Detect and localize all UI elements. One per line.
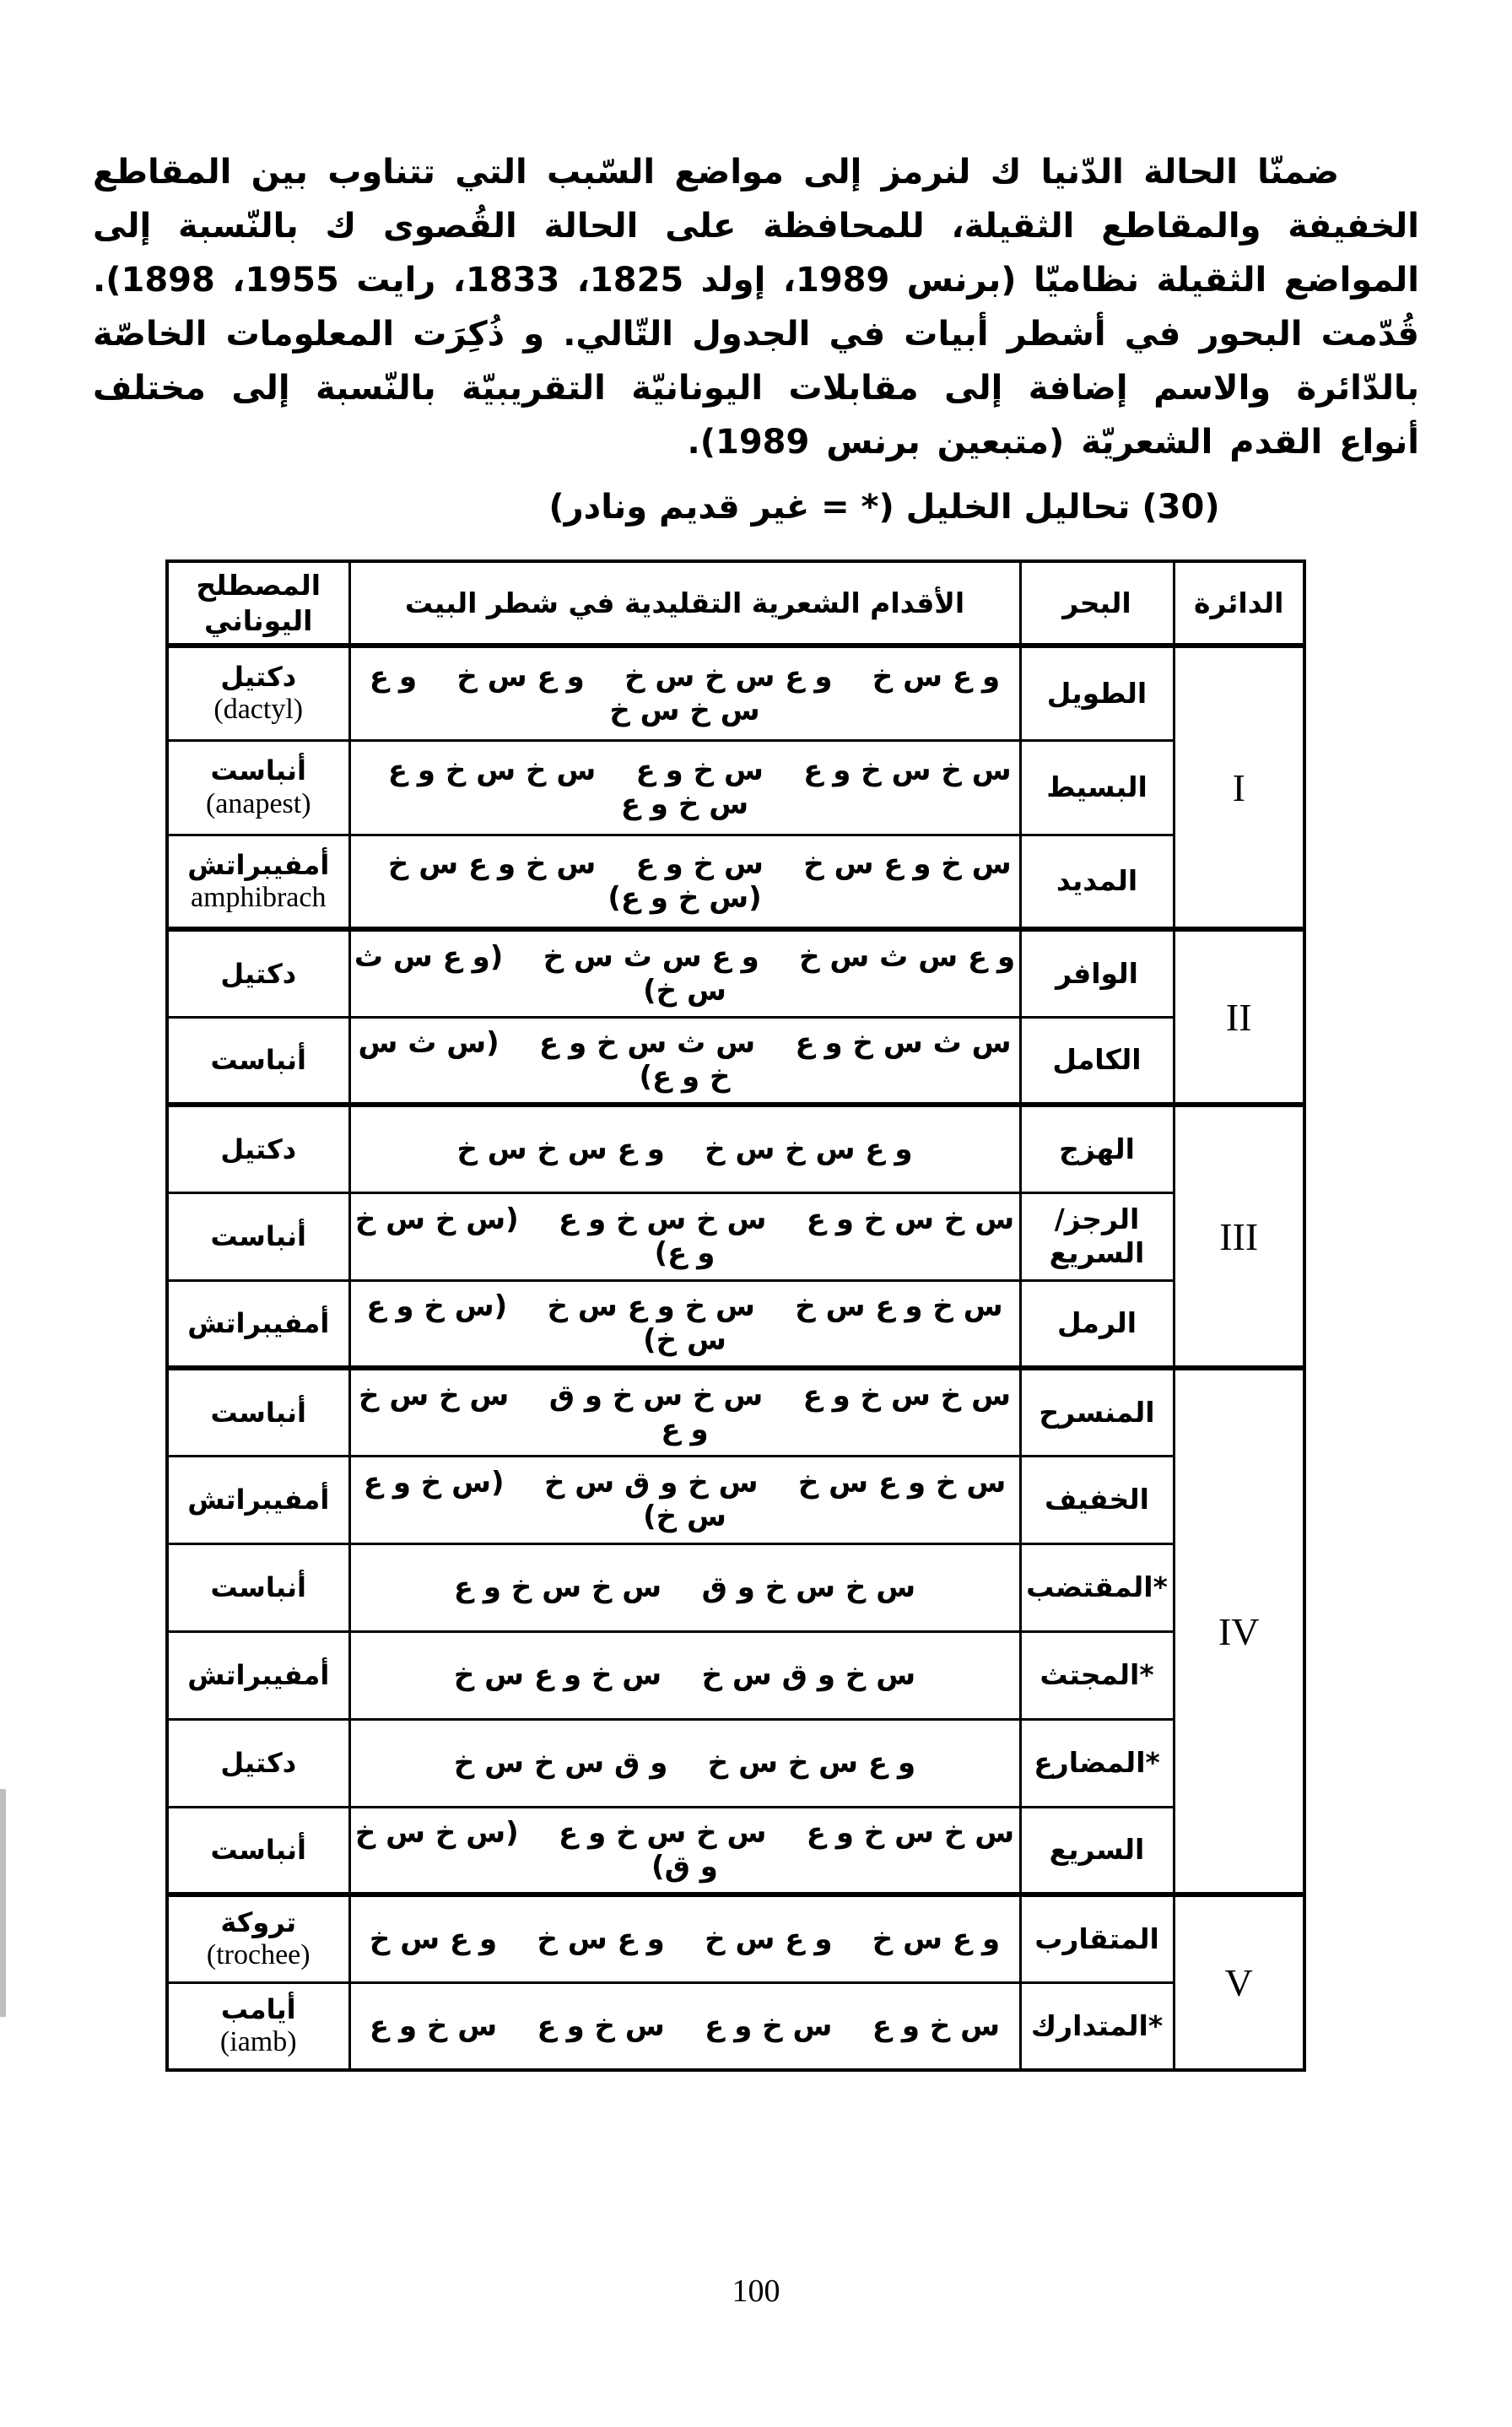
table-row: IV المنسرح س خ س خ و ع س خ س خ و ق س خ س… bbox=[167, 1368, 1304, 1456]
greek-arabic-label: أمفيبراتش bbox=[172, 849, 345, 881]
circle-cell: II bbox=[1174, 929, 1304, 1105]
intro-paragraph: ضمنّا الحالة الدّنيا ك لنرمز إلى مواضع ا… bbox=[93, 145, 1419, 469]
greek-latin-label: (iamb) bbox=[172, 2025, 345, 2058]
feet-cell: و ع س خ و ع س خ و ع س خ و ع س خ bbox=[349, 1895, 1020, 1982]
greek-latin-label: (dactyl) bbox=[172, 693, 345, 726]
greek-arabic-label: أنباست bbox=[172, 1220, 345, 1252]
meter-cell: السريع bbox=[1020, 1807, 1174, 1895]
page-number: 100 bbox=[0, 2273, 1512, 2310]
table-caption: (30) تحاليل الخليل (* = غير قديم ونادر) bbox=[128, 488, 1512, 527]
greek-term-cell: أنباست bbox=[167, 1368, 349, 1456]
feet-cell: س خ و ق س خ س خ و ع س خ bbox=[349, 1631, 1020, 1719]
feet-cell: س خ و ع س خ س خ و ع س خ و ع س خ (س خ و ع… bbox=[349, 835, 1020, 929]
header-circle: الدائرة bbox=[1174, 561, 1304, 646]
greek-arabic-label: أمفيبراتش bbox=[172, 1659, 345, 1691]
greek-latin-label: (trochee) bbox=[172, 1938, 345, 1971]
table-row: III الهزج و ع س خ س خ و ع س خ س خ دكتيل bbox=[167, 1105, 1304, 1192]
greek-term-cell: دكتيل bbox=[167, 1719, 349, 1807]
table-row: الكامل س ث س خ و ع س ث س خ و ع (س ث س خ … bbox=[167, 1017, 1304, 1105]
feet-cell: و ع س خ س خ و ق س خ س خ bbox=[349, 1719, 1020, 1807]
greek-arabic-label: أنباست bbox=[172, 1044, 345, 1076]
greek-term-cell: أمفيبراتش bbox=[167, 1631, 349, 1719]
meter-cell: الرمل bbox=[1020, 1280, 1174, 1368]
greek-term-cell: أمفيبراتش bbox=[167, 1280, 349, 1368]
circle-cell: V bbox=[1174, 1895, 1304, 2070]
feet-cell: س خ و ع س خ س خ و ع س خ (س خ و ع س خ) bbox=[349, 1280, 1020, 1368]
greek-term-cell: أنباست bbox=[167, 1543, 349, 1631]
header-greek: المصطلح اليوناني bbox=[167, 561, 349, 646]
greek-latin-label: (anapest) bbox=[172, 787, 345, 820]
meter-cell: الطويل bbox=[1020, 646, 1174, 740]
greek-term-cell: أنباست bbox=[167, 1807, 349, 1895]
feet-cell: س خ س خ و ع س خ و ع س خ س خ و ع س خ و ع bbox=[349, 740, 1020, 835]
greek-arabic-label: أنباست bbox=[172, 1571, 345, 1603]
greek-term-cell: أنباست bbox=[167, 1192, 349, 1280]
greek-arabic-label: أيامب bbox=[172, 1993, 345, 2025]
meter-cell: *المجتث bbox=[1020, 1631, 1174, 1719]
table-row: الرمل س خ و ع س خ س خ و ع س خ (س خ و ع س… bbox=[167, 1280, 1304, 1368]
table-header-row: الدائرة البحر الأقدام الشعرية التقليدية … bbox=[167, 561, 1304, 646]
greek-arabic-label: تروكة bbox=[172, 1906, 345, 1938]
table-row: I الطويل و ع س خ و ع س خ س خ و ع س خ و ع… bbox=[167, 646, 1304, 740]
greek-arabic-label: أنباست bbox=[172, 1397, 345, 1429]
meter-cell: المديد bbox=[1020, 835, 1174, 929]
meter-cell: الكامل bbox=[1020, 1017, 1174, 1105]
greek-term-cell: دكتيل (dactyl) bbox=[167, 646, 349, 740]
meter-cell: الهزج bbox=[1020, 1105, 1174, 1192]
circle-cell: III bbox=[1174, 1105, 1304, 1368]
greek-term-cell: أنباست (anapest) bbox=[167, 740, 349, 835]
greek-term-cell: تروكة (trochee) bbox=[167, 1895, 349, 1982]
meter-cell: المتقارب bbox=[1020, 1895, 1174, 1982]
greek-arabic-label: دكتيل bbox=[172, 1747, 345, 1779]
table-row: السريع س خ س خ و ع س خ س خ و ع (س خ س خ … bbox=[167, 1807, 1304, 1895]
greek-arabic-label: أنباست bbox=[172, 754, 345, 786]
meter-cell: البسيط bbox=[1020, 740, 1174, 835]
greek-arabic-label: أمفيبراتش bbox=[172, 1484, 345, 1516]
header-meter: البحر bbox=[1020, 561, 1174, 646]
table-row: البسيط س خ س خ و ع س خ و ع س خ س خ و ع س… bbox=[167, 740, 1304, 835]
meter-cell: *المقتضب bbox=[1020, 1543, 1174, 1631]
scan-edge-artifact bbox=[0, 1789, 6, 2017]
feet-cell: و ع س خ و ع س خ س خ و ع س خ و ع س خ س خ bbox=[349, 646, 1020, 740]
table-row: الخفيف س خ و ع س خ س خ و ق س خ (س خ و ع … bbox=[167, 1456, 1304, 1543]
greek-term-cell: أنباست bbox=[167, 1017, 349, 1105]
greek-term-cell: دكتيل bbox=[167, 929, 349, 1017]
feet-cell: و ع س خ س خ و ع س خ س خ bbox=[349, 1105, 1020, 1192]
header-feet: الأقدام الشعرية التقليدية في شطر البيت bbox=[349, 561, 1020, 646]
table-row: II الوافر و ع س ث س خ و ع س ث س خ (و ع س… bbox=[167, 929, 1304, 1017]
greek-arabic-label: أنباست bbox=[172, 1834, 345, 1866]
greek-term-cell: أيامب (iamb) bbox=[167, 1982, 349, 2070]
meter-cell: *المضارع bbox=[1020, 1719, 1174, 1807]
table-row: *المجتث س خ و ق س خ س خ و ع س خ أمفيبرات… bbox=[167, 1631, 1304, 1719]
meter-cell: الوافر bbox=[1020, 929, 1174, 1017]
feet-cell: س خ س خ و ع س خ س خ و ق س خ س خ و ع bbox=[349, 1368, 1020, 1456]
meter-cell: الرجز/ السريع bbox=[1020, 1192, 1174, 1280]
greek-term-cell: أمفيبراتش amphibrach bbox=[167, 835, 349, 929]
meter-cell: الخفيف bbox=[1020, 1456, 1174, 1543]
scanned-page: ضمنّا الحالة الدّنيا ك لنرمز إلى مواضع ا… bbox=[0, 0, 1512, 2427]
feet-cell: س خ س خ و ع س خ س خ و ع (س خ س خ و ع) bbox=[349, 1192, 1020, 1280]
khalil-analyses-table: الدائرة البحر الأقدام الشعرية التقليدية … bbox=[165, 559, 1306, 2072]
greek-arabic-label: دكتيل bbox=[172, 1133, 345, 1165]
greek-arabic-label: أمفيبراتش bbox=[172, 1307, 345, 1339]
greek-arabic-label: دكتيل bbox=[172, 958, 345, 990]
table-row: *المتدارك س خ و ع س خ و ع س خ و ع س خ و … bbox=[167, 1982, 1304, 2070]
feet-cell: س خ س خ و ع س خ س خ و ع (س خ س خ و ق) bbox=[349, 1807, 1020, 1895]
feet-cell: و ع س ث س خ و ع س ث س خ (و ع س ث س خ) bbox=[349, 929, 1020, 1017]
meter-cell: *المتدارك bbox=[1020, 1982, 1174, 2070]
greek-term-cell: أمفيبراتش bbox=[167, 1456, 349, 1543]
table-row: V المتقارب و ع س خ و ع س خ و ع س خ و ع س… bbox=[167, 1895, 1304, 1982]
feet-cell: س خ س خ و ق س خ س خ و ع bbox=[349, 1543, 1020, 1631]
greek-arabic-label: دكتيل bbox=[172, 661, 345, 693]
circle-cell: I bbox=[1174, 646, 1304, 929]
feet-cell: س خ و ع س خ س خ و ق س خ (س خ و ع س خ) bbox=[349, 1456, 1020, 1543]
greek-term-cell: دكتيل bbox=[167, 1105, 349, 1192]
circle-cell: IV bbox=[1174, 1368, 1304, 1895]
feet-cell: س خ و ع س خ و ع س خ و ع س خ و ع bbox=[349, 1982, 1020, 2070]
greek-latin-label: amphibrach bbox=[172, 881, 345, 914]
table-row: الرجز/ السريع س خ س خ و ع س خ س خ و ع (س… bbox=[167, 1192, 1304, 1280]
feet-cell: س ث س خ و ع س ث س خ و ع (س ث س خ و ع) bbox=[349, 1017, 1020, 1105]
meter-cell: المنسرح bbox=[1020, 1368, 1174, 1456]
table-row: *المضارع و ع س خ س خ و ق س خ س خ دكتيل bbox=[167, 1719, 1304, 1807]
table-row: المديد س خ و ع س خ س خ و ع س خ و ع س خ (… bbox=[167, 835, 1304, 929]
table-row: *المقتضب س خ س خ و ق س خ س خ و ع أنباست bbox=[167, 1543, 1304, 1631]
